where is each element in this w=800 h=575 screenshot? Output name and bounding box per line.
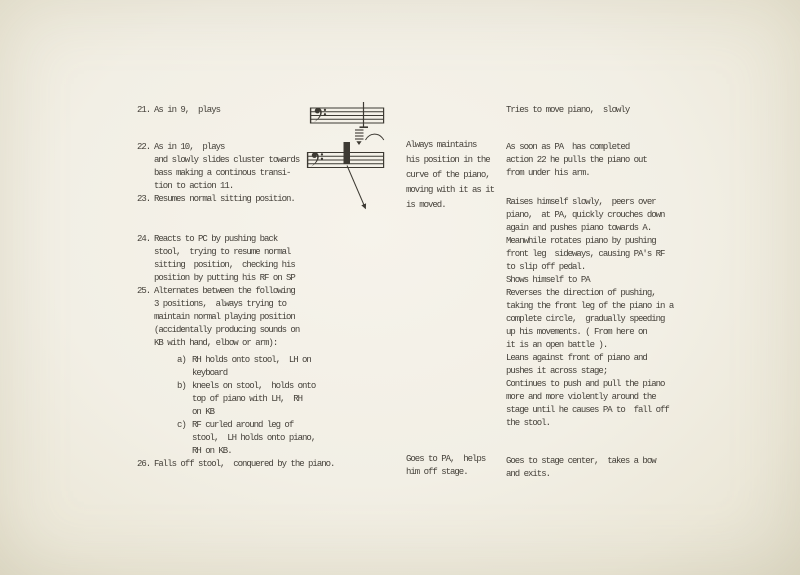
action-text-line: stool, trying to resume normal <box>154 246 295 259</box>
sub-item-b: b) kneels on stool, holds onto top of pi… <box>177 380 399 419</box>
right-text-line: up his movements. ( From here on <box>506 326 696 339</box>
right-text-line: it is an open battle ). <box>506 339 696 352</box>
right-text-line: again and pushes piano towards A. <box>506 222 696 235</box>
right-text-line: more and more violently around the <box>506 391 696 404</box>
action-text-line: 3 positions, always trying to <box>154 298 299 311</box>
action-text-line: Falls off stool, conquered by the piano. <box>154 458 334 471</box>
right-text-line: front leg sideways, causing PA's RF <box>506 248 696 261</box>
middle-text-line: his position in the <box>406 153 506 168</box>
action-text-line: kneels on stool, holds onto <box>192 380 315 393</box>
right-paragraph-3: Raises himself slowly, peers over piano,… <box>506 196 696 430</box>
action-text-line: As in 9, plays <box>154 104 220 117</box>
action-text-line: maintain normal playing position <box>154 311 299 324</box>
action-text-line: RH holds onto stool, LH on <box>192 354 311 367</box>
right-text-line: complete circle, gradually speeding <box>506 313 696 326</box>
right-text-line: Tries to move piano, slowly <box>506 104 696 117</box>
right-text-line: Goes to stage center, takes a bow <box>506 455 696 468</box>
middle-column: Always maintains his position in the cur… <box>406 138 506 213</box>
right-text-line: action 22 he pulls the piano out <box>506 154 696 167</box>
right-text-line: Raises himself slowly, peers over <box>506 196 696 209</box>
right-paragraph-4: Goes to stage center, takes a bow and ex… <box>506 455 696 481</box>
action-text-line: As in 10, plays <box>154 141 299 154</box>
staff-1 <box>310 102 384 127</box>
right-text-line: from under his arm. <box>506 167 696 180</box>
right-text-line: and exits. <box>506 468 696 481</box>
action-number: 24. <box>137 233 154 246</box>
action-number: 25. <box>137 285 154 298</box>
sub-item-label: a) <box>177 354 192 367</box>
action-text-line: keyboard <box>192 367 311 380</box>
right-text-line: Leans against front of piano and <box>506 352 696 365</box>
action-number: 22. <box>137 141 154 154</box>
action-number: 26. <box>137 458 154 471</box>
middle-text-line: moving with it as it <box>406 183 506 198</box>
right-text-line: to slip off pedal. <box>506 261 696 274</box>
right-text-line: As soon as PA has completed <box>506 141 696 154</box>
right-paragraph-2: As soon as PA has completed action 22 he… <box>506 141 696 180</box>
action-text-line: sitting position, checking his <box>154 259 295 272</box>
action-text-line: top of piano with LH, RH <box>192 393 315 406</box>
right-text-line: Continues to push and pull the piano <box>506 378 696 391</box>
middle-text-line: him off stage. <box>406 466 506 479</box>
right-text-line: piano, at PA, quickly crouches down <box>506 209 696 222</box>
right-text-line: pushes it across stage; <box>506 365 696 378</box>
curved-motion-arrow <box>366 134 384 140</box>
action-text-line: RH on KB. <box>192 445 315 458</box>
sub-item-label: b) <box>177 380 192 393</box>
right-text-line: taking the front leg of the piano in a <box>506 300 696 313</box>
action-text-line: tion to action 11. <box>154 180 299 193</box>
action-text-line: Reacts to PC by pushing back <box>154 233 295 246</box>
action-text-line: position by putting his RF on SP <box>154 272 295 285</box>
action-text-line: KB with hand, elbow or arm): <box>154 337 299 350</box>
action-text-line: RF curled around leg of <box>192 419 315 432</box>
action-item-26: 26. Falls off stool, conquered by the pi… <box>137 458 399 471</box>
action-text-line: stool, LH holds onto piano, <box>192 432 315 445</box>
dashed-down-arrow <box>355 130 364 145</box>
right-text-line: Reverses the direction of pushing, <box>506 287 696 300</box>
action-number: 23. <box>137 193 154 206</box>
action-text-line: Alternates between the following <box>154 285 299 298</box>
cluster-bar <box>344 142 351 164</box>
right-text-line: the stool. <box>506 417 696 430</box>
slide-arrow <box>347 166 366 209</box>
action-text-line: Resumes normal sitting position. <box>154 193 295 206</box>
right-text-line: stage until he causes PA to fall off <box>506 404 696 417</box>
right-text-line: Meanwhile rotates piano by pushing <box>506 235 696 248</box>
music-notation <box>300 96 405 221</box>
middle-text-line: is moved. <box>406 198 506 213</box>
action-number: 21. <box>137 104 154 117</box>
right-text-line: Shows himself to PA <box>506 274 696 287</box>
right-column: Tries to move piano, slowly As soon as P… <box>506 104 696 481</box>
staff-2 <box>307 142 384 209</box>
action-text-line: (accidentally producing sounds on <box>154 324 299 337</box>
sub-item-c: c) RF curled around leg of stool, LH hol… <box>177 419 399 458</box>
middle-text-line: curve of the piano, <box>406 168 506 183</box>
action-text-line: bass making a continous transi- <box>154 167 299 180</box>
sub-item-a: a) RH holds onto stool, LH on keyboard <box>177 354 399 380</box>
middle-text-line: Goes to PA, helps <box>406 453 506 466</box>
scanned-score-page: 21. As in 9, plays 22. As in 10, plays a… <box>0 0 800 575</box>
middle-text-line: Always maintains <box>406 138 506 153</box>
action-text-line: and slowly slides cluster towards <box>154 154 299 167</box>
action-item-24: 24. Reacts to PC by pushing back stool, … <box>137 233 399 285</box>
action-item-25: 25. Alternates between the following 3 p… <box>137 285 399 350</box>
right-paragraph-1: Tries to move piano, slowly <box>506 104 696 117</box>
sub-item-label: c) <box>177 419 192 432</box>
middle-column-bottom: Goes to PA, helps him off stage. <box>406 453 506 479</box>
action-text-line: on KB <box>192 406 315 419</box>
